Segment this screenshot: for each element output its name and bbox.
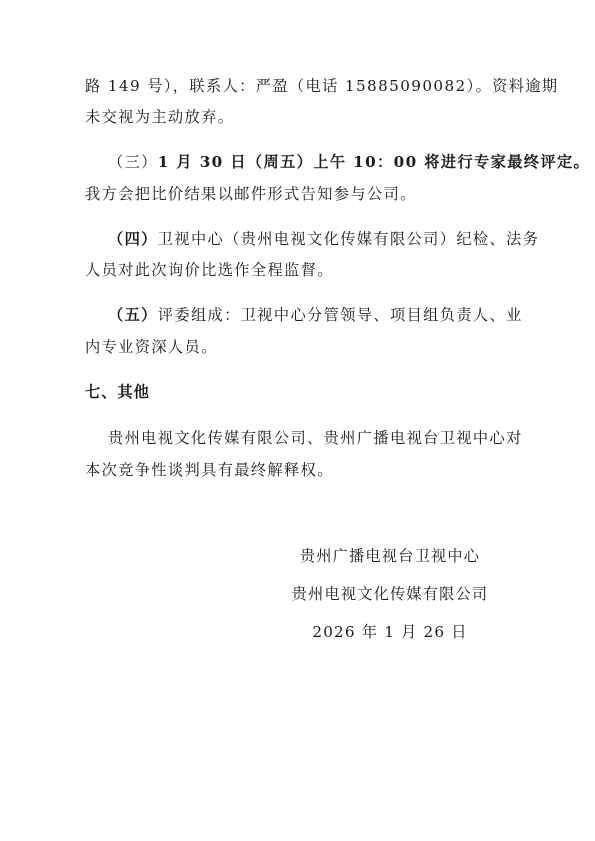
paragraph-contact-line-1: 路 149 号），联系人：严盈（电话 15885090082）。资料逾期 bbox=[85, 76, 513, 96]
paragraph-contact-line-2: 未交视为主动放弃。 bbox=[85, 107, 513, 127]
item-5-line-2: 内专业资深人员。 bbox=[85, 337, 513, 357]
section-7-number: 七、 bbox=[85, 383, 117, 401]
signature-org-1: 贵州广播电视台卫视中心 bbox=[290, 546, 490, 566]
item-4-text: 卫视中心（贵州电视文化传媒有限公司）纪检、法务 bbox=[158, 230, 540, 248]
signature-date: 2026 年 1 月 26 日 bbox=[290, 622, 490, 642]
item-5-text: 评委组成：卫视中心分管领导、项目组负责人、业 bbox=[158, 306, 523, 324]
item-3-line-2: 我方会把比价结果以邮件形式告知参与公司。 bbox=[85, 184, 513, 204]
section-7-body-line-1: 贵州电视文化传媒有限公司、贵州广播电视台卫视中心对 bbox=[108, 428, 513, 448]
signature-org-2: 贵州电视文化传媒有限公司 bbox=[280, 584, 500, 604]
item-3-bold-text: 1 月 30 日（周五）上午 10：00 将进行专家最终评定。 bbox=[158, 153, 590, 171]
item-3-line-1: （三）1 月 30 日（周五）上午 10：00 将进行专家最终评定。 bbox=[108, 152, 513, 172]
section-7-body-line-2: 本次竞争性谈判具有最终解释权。 bbox=[85, 460, 513, 480]
item-4-line-1: （四）卫视中心（贵州电视文化传媒有限公司）纪检、法务 bbox=[108, 229, 513, 249]
section-7-heading: 七、其他 bbox=[85, 382, 513, 402]
item-3-label: （三） bbox=[108, 153, 158, 171]
section-7-title: 其他 bbox=[117, 383, 149, 401]
item-4-label: （四） bbox=[108, 230, 158, 248]
item-5-label: （五） bbox=[108, 306, 158, 324]
document-page: 路 149 号），联系人：严盈（电话 15885090082）。资料逾期 未交视… bbox=[0, 0, 595, 841]
item-4-line-2: 人员对此次询价比选作全程监督。 bbox=[85, 260, 513, 280]
item-5-line-1: （五）评委组成：卫视中心分管领导、项目组负责人、业 bbox=[108, 305, 513, 325]
